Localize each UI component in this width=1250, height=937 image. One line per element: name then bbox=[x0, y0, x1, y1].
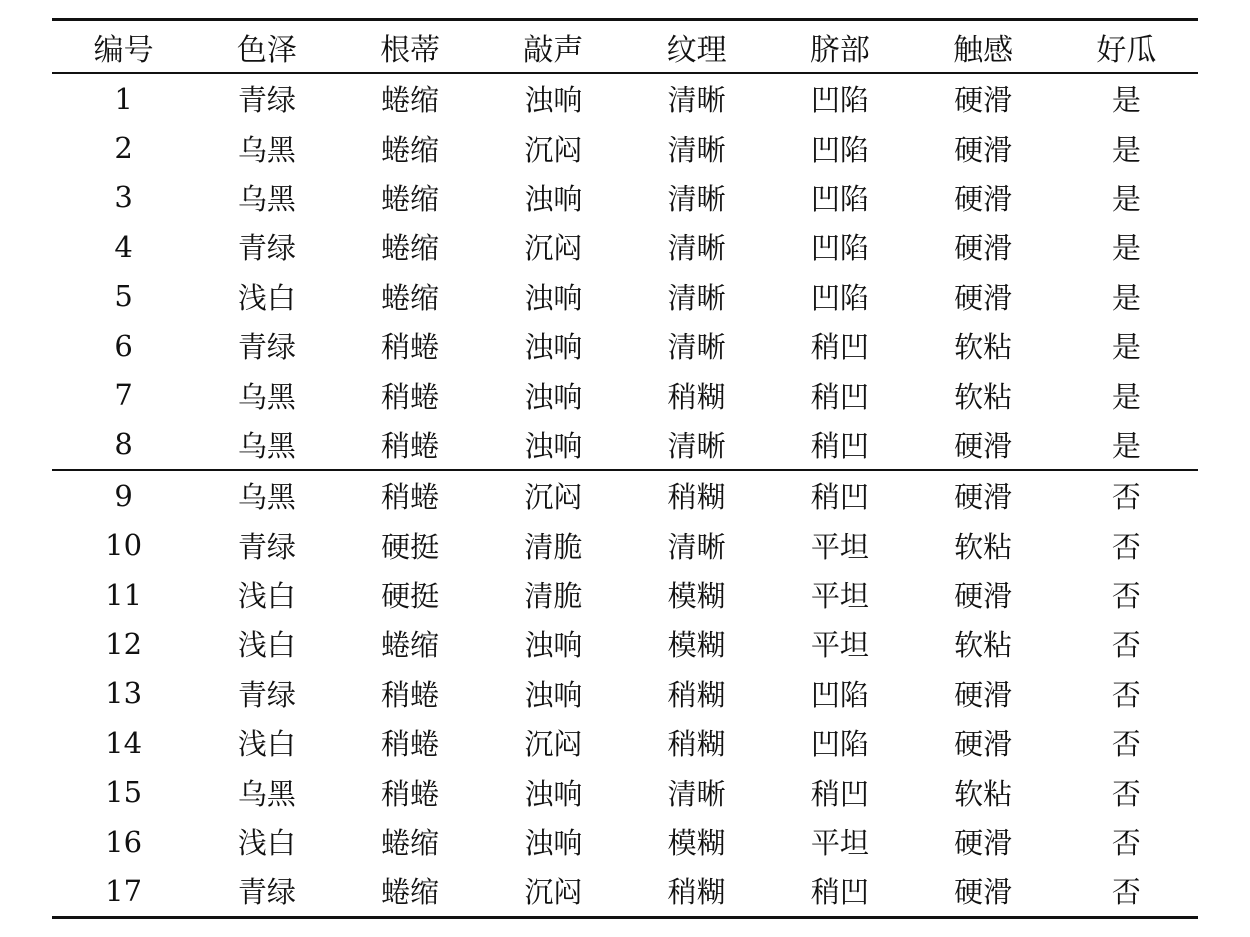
cell-touch: 硬滑 bbox=[912, 123, 1055, 172]
cell-navel: 凹陷 bbox=[768, 173, 911, 222]
cell-id: 3 bbox=[52, 173, 195, 222]
cell-id: 15 bbox=[52, 767, 195, 816]
table-row: 14浅白稍蜷沉闷稍糊凹陷硬滑否 bbox=[52, 718, 1198, 767]
header-texture: 纹理 bbox=[625, 20, 768, 74]
cell-texture: 清晰 bbox=[625, 767, 768, 816]
cell-color: 乌黑 bbox=[195, 420, 338, 470]
cell-texture: 清晰 bbox=[625, 222, 768, 271]
cell-sound: 清脆 bbox=[482, 570, 625, 619]
cell-id: 4 bbox=[52, 222, 195, 271]
cell-id: 13 bbox=[52, 669, 195, 718]
cell-root: 蜷缩 bbox=[339, 817, 482, 866]
cell-root: 蜷缩 bbox=[339, 272, 482, 321]
cell-navel: 凹陷 bbox=[768, 669, 911, 718]
cell-texture: 清晰 bbox=[625, 73, 768, 123]
cell-navel: 平坦 bbox=[768, 619, 911, 668]
watermelon-dataset-table: 编号 色泽 根蒂 敲声 纹理 脐部 触感 好瓜 1青绿蜷缩浊响清晰凹陷硬滑是2乌… bbox=[52, 18, 1198, 919]
cell-navel: 稍凹 bbox=[768, 767, 911, 816]
cell-good-melon: 是 bbox=[1055, 73, 1198, 123]
cell-good-melon: 是 bbox=[1055, 173, 1198, 222]
watermelon-dataset-table-container: 编号 色泽 根蒂 敲声 纹理 脐部 触感 好瓜 1青绿蜷缩浊响清晰凹陷硬滑是2乌… bbox=[52, 18, 1198, 919]
table-row: 4青绿蜷缩沉闷清晰凹陷硬滑是 bbox=[52, 222, 1198, 271]
cell-navel: 平坦 bbox=[768, 570, 911, 619]
cell-touch: 硬滑 bbox=[912, 718, 1055, 767]
cell-root: 稍蜷 bbox=[339, 370, 482, 419]
cell-navel: 凹陷 bbox=[768, 222, 911, 271]
cell-good-melon: 是 bbox=[1055, 123, 1198, 172]
cell-id: 9 bbox=[52, 470, 195, 520]
table-row: 5浅白蜷缩浊响清晰凹陷硬滑是 bbox=[52, 272, 1198, 321]
header-id: 编号 bbox=[52, 20, 195, 74]
cell-navel: 稍凹 bbox=[768, 370, 911, 419]
cell-texture: 清晰 bbox=[625, 321, 768, 370]
cell-root: 硬挺 bbox=[339, 521, 482, 570]
cell-color: 乌黑 bbox=[195, 370, 338, 419]
cell-sound: 清脆 bbox=[482, 521, 625, 570]
cell-good-melon: 否 bbox=[1055, 619, 1198, 668]
cell-color: 青绿 bbox=[195, 73, 338, 123]
cell-good-melon: 是 bbox=[1055, 222, 1198, 271]
cell-id: 16 bbox=[52, 817, 195, 866]
cell-texture: 模糊 bbox=[625, 817, 768, 866]
cell-sound: 浊响 bbox=[482, 619, 625, 668]
cell-root: 蜷缩 bbox=[339, 173, 482, 222]
cell-root: 稍蜷 bbox=[339, 767, 482, 816]
cell-navel: 凹陷 bbox=[768, 718, 911, 767]
table-body: 1青绿蜷缩浊响清晰凹陷硬滑是2乌黑蜷缩沉闷清晰凹陷硬滑是3乌黑蜷缩浊响清晰凹陷硬… bbox=[52, 73, 1198, 917]
header-sound: 敲声 bbox=[482, 20, 625, 74]
cell-texture: 稍糊 bbox=[625, 370, 768, 419]
cell-root: 蜷缩 bbox=[339, 866, 482, 917]
cell-color: 乌黑 bbox=[195, 767, 338, 816]
cell-id: 10 bbox=[52, 521, 195, 570]
cell-id: 5 bbox=[52, 272, 195, 321]
cell-root: 蜷缩 bbox=[339, 123, 482, 172]
cell-sound: 沉闷 bbox=[482, 866, 625, 917]
cell-sound: 浊响 bbox=[482, 370, 625, 419]
cell-texture: 清晰 bbox=[625, 123, 768, 172]
header-row: 编号 色泽 根蒂 敲声 纹理 脐部 触感 好瓜 bbox=[52, 20, 1198, 74]
cell-touch: 硬滑 bbox=[912, 470, 1055, 520]
cell-good-melon: 否 bbox=[1055, 718, 1198, 767]
cell-texture: 稍糊 bbox=[625, 718, 768, 767]
cell-navel: 稍凹 bbox=[768, 321, 911, 370]
cell-color: 浅白 bbox=[195, 570, 338, 619]
table-row: 16浅白蜷缩浊响模糊平坦硬滑否 bbox=[52, 817, 1198, 866]
cell-good-melon: 否 bbox=[1055, 669, 1198, 718]
cell-sound: 浊响 bbox=[482, 173, 625, 222]
cell-good-melon: 是 bbox=[1055, 420, 1198, 470]
cell-texture: 清晰 bbox=[625, 521, 768, 570]
cell-texture: 清晰 bbox=[625, 173, 768, 222]
cell-root: 稍蜷 bbox=[339, 669, 482, 718]
cell-navel: 凹陷 bbox=[768, 272, 911, 321]
table-row: 6青绿稍蜷浊响清晰稍凹软粘是 bbox=[52, 321, 1198, 370]
cell-color: 青绿 bbox=[195, 669, 338, 718]
table-row: 11浅白硬挺清脆模糊平坦硬滑否 bbox=[52, 570, 1198, 619]
cell-navel: 平坦 bbox=[768, 521, 911, 570]
cell-texture: 稍糊 bbox=[625, 470, 768, 520]
cell-touch: 软粘 bbox=[912, 370, 1055, 419]
cell-good-melon: 否 bbox=[1055, 521, 1198, 570]
cell-sound: 沉闷 bbox=[482, 718, 625, 767]
cell-sound: 沉闷 bbox=[482, 123, 625, 172]
cell-root: 蜷缩 bbox=[339, 73, 482, 123]
cell-good-melon: 否 bbox=[1055, 866, 1198, 917]
header-navel: 脐部 bbox=[768, 20, 911, 74]
cell-good-melon: 是 bbox=[1055, 370, 1198, 419]
cell-touch: 软粘 bbox=[912, 321, 1055, 370]
cell-sound: 浊响 bbox=[482, 817, 625, 866]
cell-touch: 硬滑 bbox=[912, 222, 1055, 271]
cell-color: 乌黑 bbox=[195, 123, 338, 172]
cell-id: 6 bbox=[52, 321, 195, 370]
cell-good-melon: 否 bbox=[1055, 570, 1198, 619]
table-header: 编号 色泽 根蒂 敲声 纹理 脐部 触感 好瓜 bbox=[52, 20, 1198, 74]
cell-root: 稍蜷 bbox=[339, 420, 482, 470]
table-row: 9乌黑稍蜷沉闷稍糊稍凹硬滑否 bbox=[52, 470, 1198, 520]
cell-root: 稍蜷 bbox=[339, 718, 482, 767]
cell-id: 17 bbox=[52, 866, 195, 917]
table-row: 15乌黑稍蜷浊响清晰稍凹软粘否 bbox=[52, 767, 1198, 816]
cell-id: 2 bbox=[52, 123, 195, 172]
cell-root: 稍蜷 bbox=[339, 470, 482, 520]
cell-texture: 清晰 bbox=[625, 420, 768, 470]
cell-id: 12 bbox=[52, 619, 195, 668]
cell-root: 稍蜷 bbox=[339, 321, 482, 370]
cell-texture: 模糊 bbox=[625, 570, 768, 619]
cell-id: 7 bbox=[52, 370, 195, 419]
table-row: 3乌黑蜷缩浊响清晰凹陷硬滑是 bbox=[52, 173, 1198, 222]
table-row: 7乌黑稍蜷浊响稍糊稍凹软粘是 bbox=[52, 370, 1198, 419]
cell-root: 硬挺 bbox=[339, 570, 482, 619]
cell-sound: 沉闷 bbox=[482, 222, 625, 271]
cell-id: 1 bbox=[52, 73, 195, 123]
cell-sound: 浊响 bbox=[482, 272, 625, 321]
cell-root: 蜷缩 bbox=[339, 619, 482, 668]
cell-color: 浅白 bbox=[195, 718, 338, 767]
cell-touch: 硬滑 bbox=[912, 817, 1055, 866]
cell-touch: 硬滑 bbox=[912, 420, 1055, 470]
cell-color: 青绿 bbox=[195, 321, 338, 370]
cell-texture: 稍糊 bbox=[625, 669, 768, 718]
cell-good-melon: 否 bbox=[1055, 767, 1198, 816]
table-row: 13青绿稍蜷浊响稍糊凹陷硬滑否 bbox=[52, 669, 1198, 718]
cell-touch: 硬滑 bbox=[912, 669, 1055, 718]
cell-navel: 平坦 bbox=[768, 817, 911, 866]
cell-id: 8 bbox=[52, 420, 195, 470]
cell-touch: 软粘 bbox=[912, 767, 1055, 816]
cell-sound: 浊响 bbox=[482, 420, 625, 470]
cell-touch: 软粘 bbox=[912, 619, 1055, 668]
cell-texture: 模糊 bbox=[625, 619, 768, 668]
cell-touch: 硬滑 bbox=[912, 866, 1055, 917]
table-row: 2乌黑蜷缩沉闷清晰凹陷硬滑是 bbox=[52, 123, 1198, 172]
cell-sound: 沉闷 bbox=[482, 470, 625, 520]
cell-id: 14 bbox=[52, 718, 195, 767]
cell-color: 乌黑 bbox=[195, 173, 338, 222]
header-touch: 触感 bbox=[912, 20, 1055, 74]
cell-touch: 硬滑 bbox=[912, 173, 1055, 222]
cell-root: 蜷缩 bbox=[339, 222, 482, 271]
cell-touch: 硬滑 bbox=[912, 73, 1055, 123]
cell-touch: 软粘 bbox=[912, 521, 1055, 570]
cell-texture: 稍糊 bbox=[625, 866, 768, 917]
cell-color: 浅白 bbox=[195, 817, 338, 866]
cell-color: 青绿 bbox=[195, 866, 338, 917]
table-row: 17青绿蜷缩沉闷稍糊稍凹硬滑否 bbox=[52, 866, 1198, 917]
cell-navel: 稍凹 bbox=[768, 866, 911, 917]
cell-navel: 稍凹 bbox=[768, 420, 911, 470]
cell-sound: 浊响 bbox=[482, 321, 625, 370]
cell-touch: 硬滑 bbox=[912, 272, 1055, 321]
cell-good-melon: 是 bbox=[1055, 321, 1198, 370]
cell-sound: 浊响 bbox=[482, 669, 625, 718]
cell-navel: 稍凹 bbox=[768, 470, 911, 520]
header-good-melon: 好瓜 bbox=[1055, 20, 1198, 74]
cell-texture: 清晰 bbox=[625, 272, 768, 321]
cell-touch: 硬滑 bbox=[912, 570, 1055, 619]
header-root: 根蒂 bbox=[339, 20, 482, 74]
header-color: 色泽 bbox=[195, 20, 338, 74]
cell-color: 乌黑 bbox=[195, 470, 338, 520]
table-row: 12浅白蜷缩浊响模糊平坦软粘否 bbox=[52, 619, 1198, 668]
table-row: 10青绿硬挺清脆清晰平坦软粘否 bbox=[52, 521, 1198, 570]
cell-good-melon: 否 bbox=[1055, 817, 1198, 866]
cell-navel: 凹陷 bbox=[768, 73, 911, 123]
cell-navel: 凹陷 bbox=[768, 123, 911, 172]
table-row: 1青绿蜷缩浊响清晰凹陷硬滑是 bbox=[52, 73, 1198, 123]
cell-good-melon: 是 bbox=[1055, 272, 1198, 321]
cell-id: 11 bbox=[52, 570, 195, 619]
cell-color: 浅白 bbox=[195, 619, 338, 668]
cell-good-melon: 否 bbox=[1055, 470, 1198, 520]
cell-color: 青绿 bbox=[195, 222, 338, 271]
cell-color: 青绿 bbox=[195, 521, 338, 570]
cell-color: 浅白 bbox=[195, 272, 338, 321]
cell-sound: 浊响 bbox=[482, 767, 625, 816]
table-row: 8乌黑稍蜷浊响清晰稍凹硬滑是 bbox=[52, 420, 1198, 470]
cell-sound: 浊响 bbox=[482, 73, 625, 123]
